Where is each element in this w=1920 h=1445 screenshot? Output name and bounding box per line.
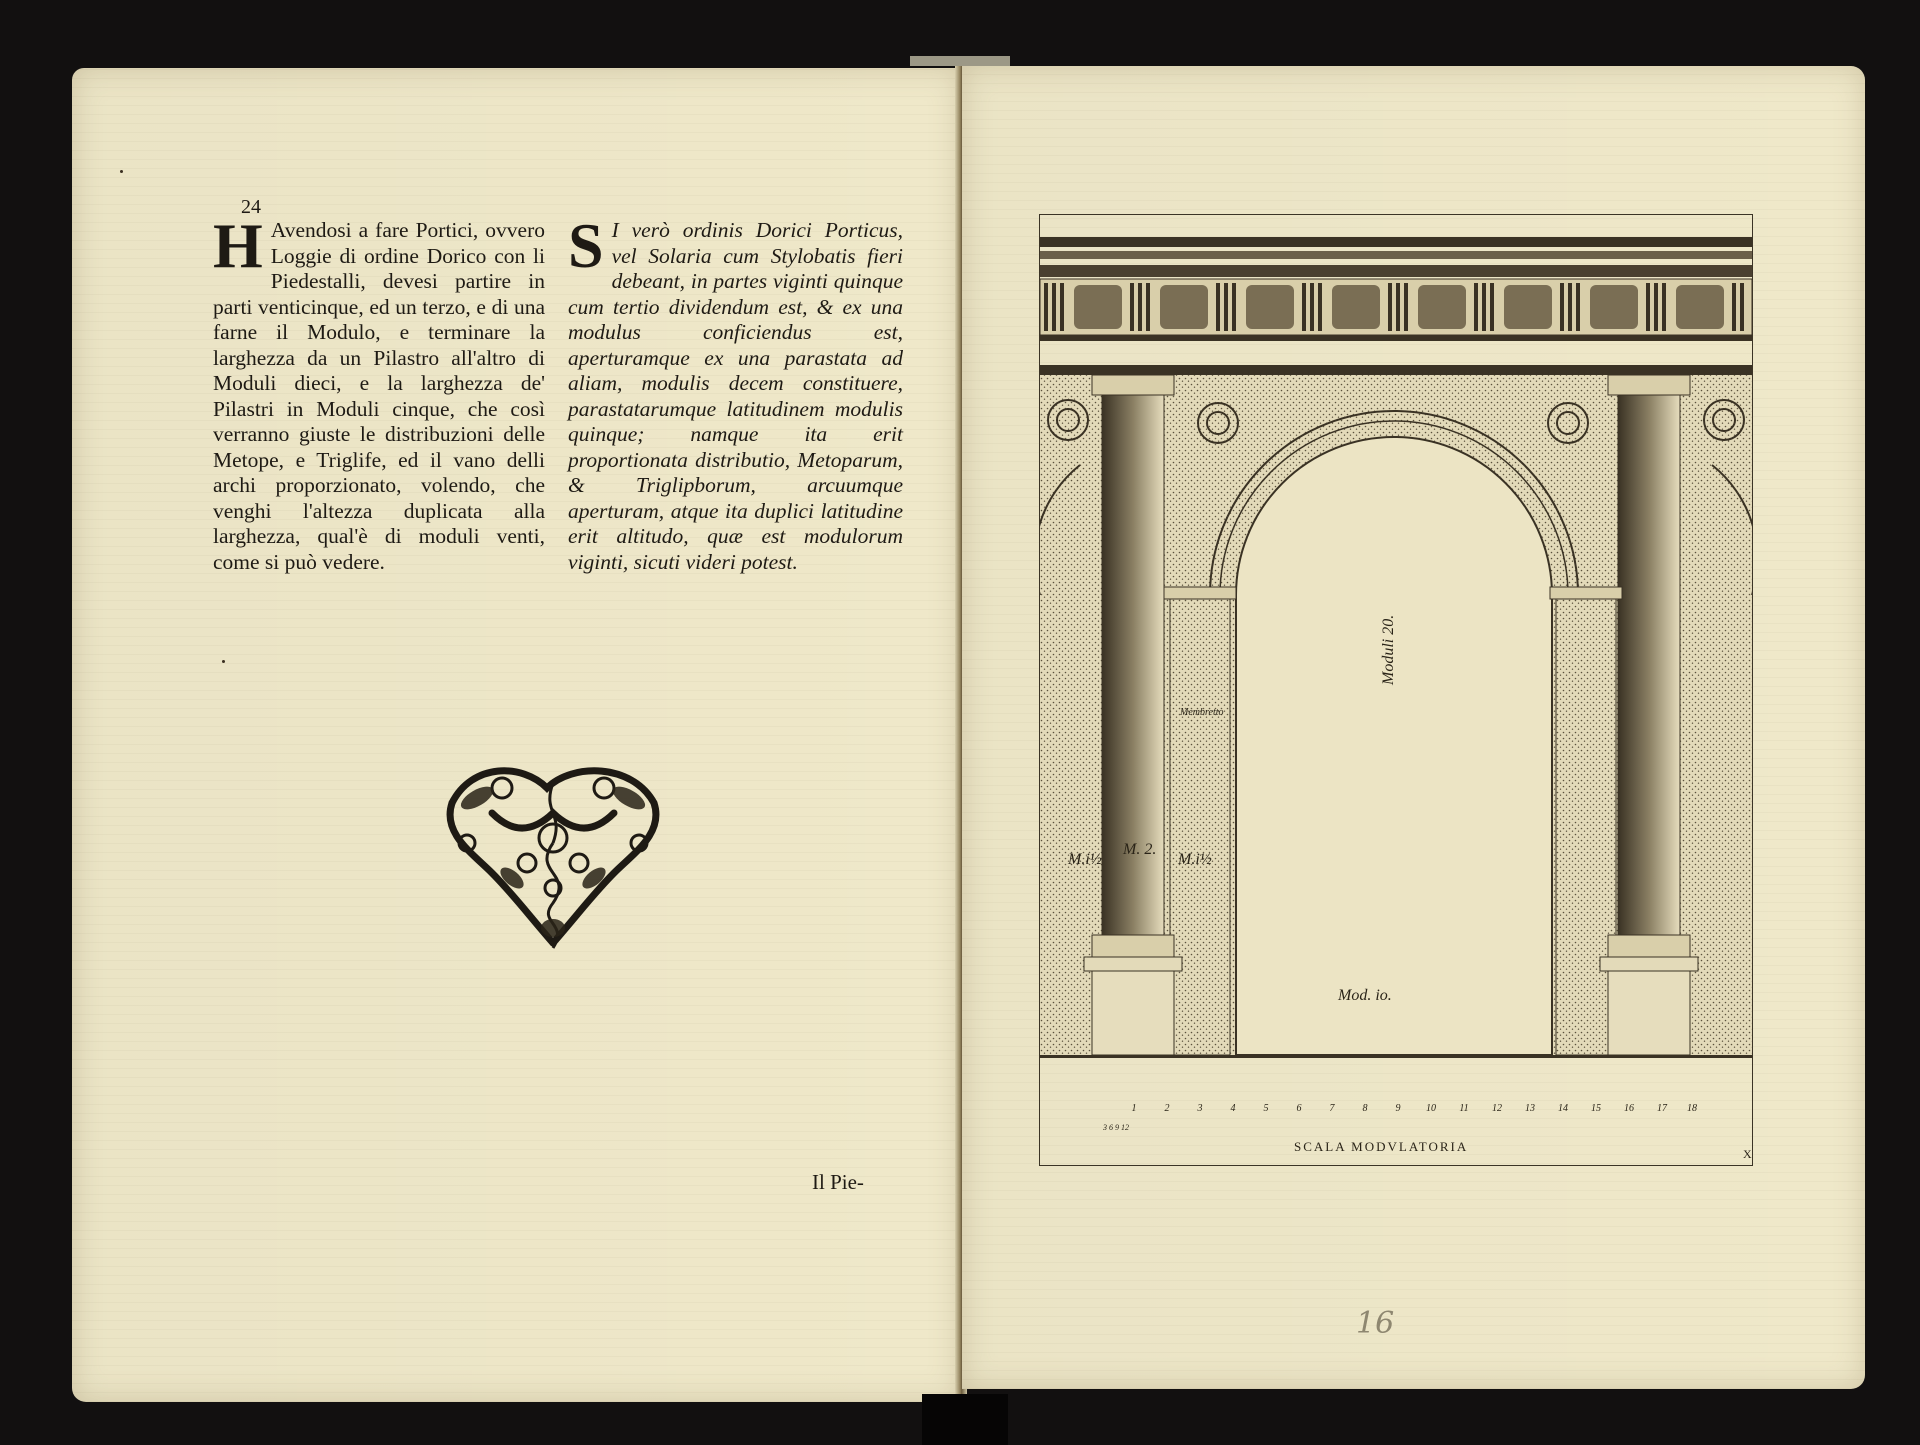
ornamental-tailpiece-icon (432, 743, 674, 963)
ink-speck (222, 660, 225, 663)
latin-paragraph: I verò ordinis Dorici Porticus, vel Sola… (568, 218, 903, 574)
italian-text-column: H Avendosi a fare Portici, ovvero Loggie… (213, 218, 545, 575)
engraved-plate: M.i½ M. 2. M.i½ Membretto Moduli 20. Mod… (1039, 214, 1753, 1166)
handwritten-folio-note: 16 (1356, 1306, 1394, 1341)
ink-speck (120, 170, 123, 173)
catchword: Il Pie- (812, 1170, 864, 1195)
label-width-module: Mod. io. (1338, 987, 1392, 1005)
label-height-moduli: Moduli 20. (1380, 615, 1398, 685)
plate-mark: X (1743, 1147, 1752, 1162)
scale-title: SCALA MODVLATORIA (1294, 1139, 1468, 1155)
latin-text-column: S I verò ordinis Dorici Porticus, vel So… (568, 218, 903, 575)
label-half-module-left: M.i½ (1068, 851, 1102, 869)
drop-cap-s: S (568, 221, 604, 271)
italian-paragraph: Avendosi a fare Portici, ovvero Loggie d… (213, 218, 545, 574)
scale-tick-labels: 1 2 3 4 5 6 7 8 9 10 11 12 13 14 15 16 1… (1102, 1103, 1692, 1133)
label-half-module-right: M.i½ (1178, 851, 1212, 869)
book-spine-bottom (922, 1394, 1008, 1445)
drop-cap-h: H (213, 221, 263, 271)
label-membretto: Membretto (1180, 707, 1224, 718)
label-column-module: M. 2. (1123, 841, 1156, 859)
book-spine-top (910, 56, 1010, 66)
